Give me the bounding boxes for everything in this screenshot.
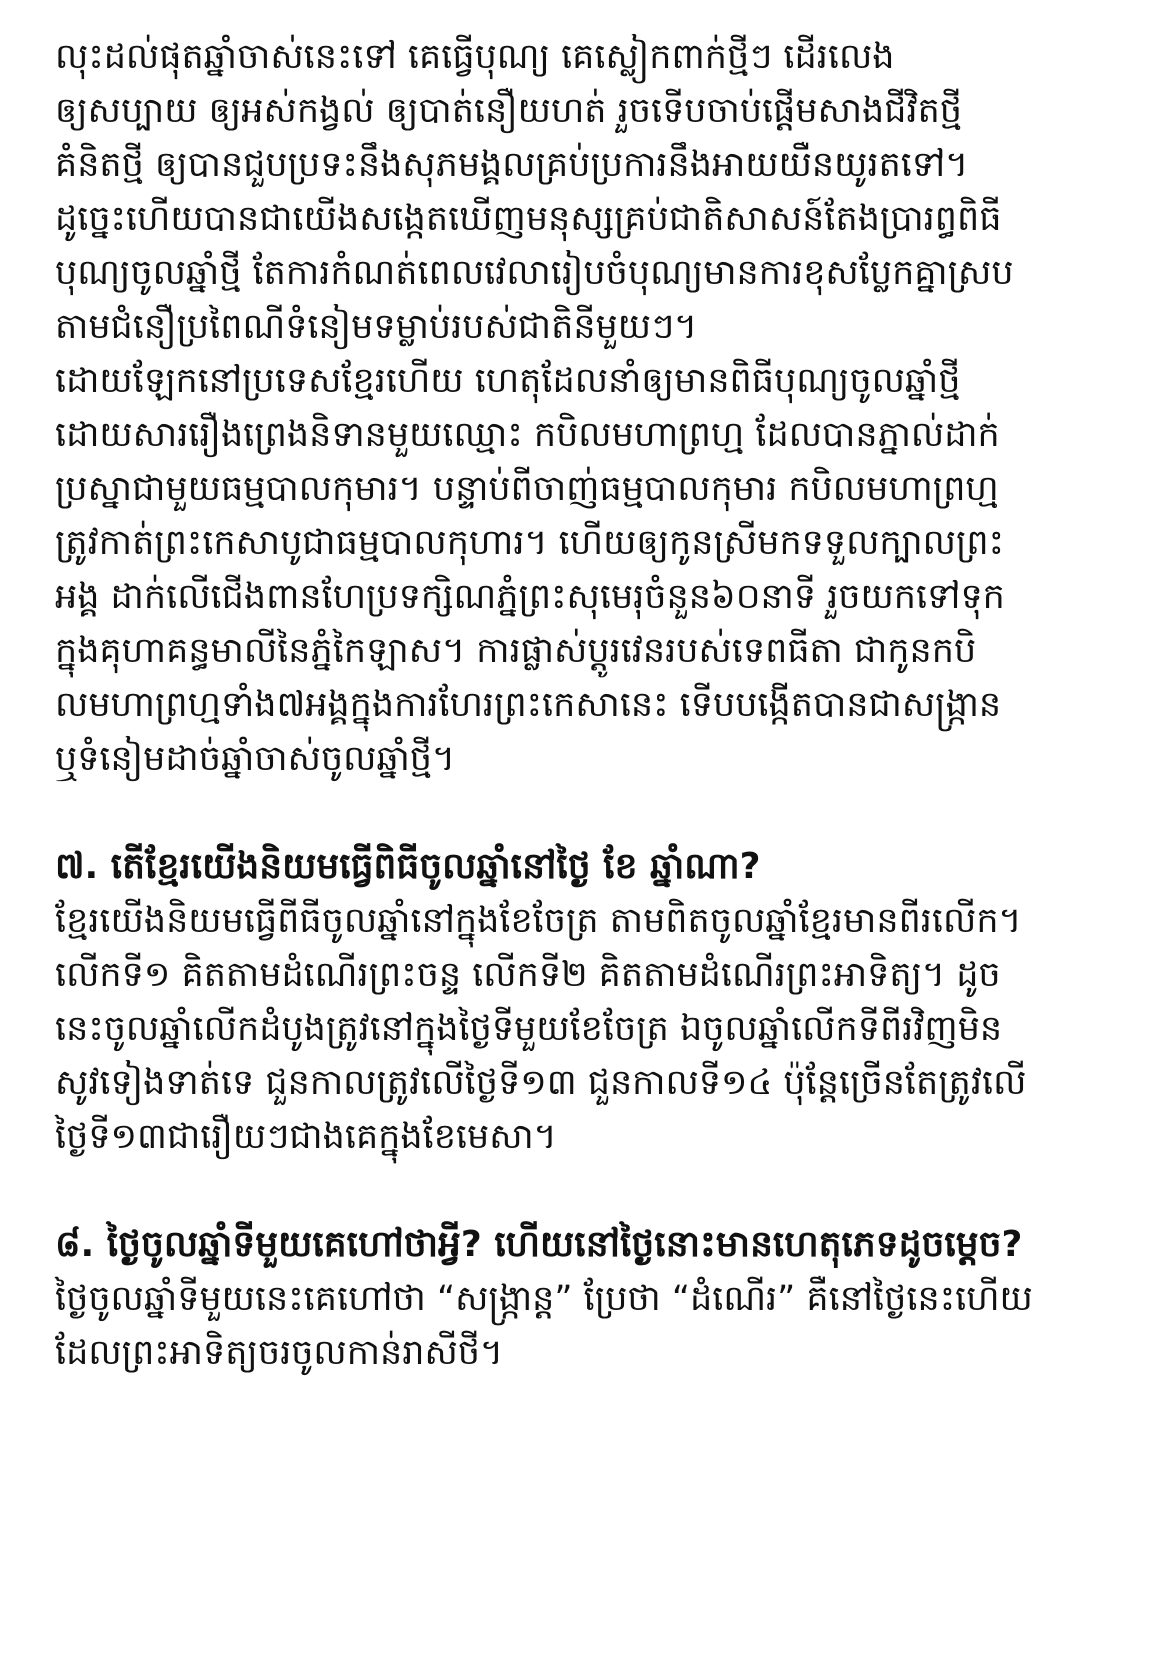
text-line: ខ្មែរយើងនិយមធ្វើពីធីចូលឆ្នាំនៅក្នុងខែចែត… xyxy=(55,894,1126,948)
question-7-heading: ៧. តើខ្មែរយើងនិយមធ្វើពិធីចូលឆ្នាំនៅថ្ងៃ … xyxy=(55,840,1126,894)
document-page: លុះដល់ផុតឆ្នាំចាស់នេះទៅ គេធ្វើបុណ្យ គេស្… xyxy=(0,0,1166,1380)
text-line: អង្គ ដាក់លើជើងពានហែប្រទក្សិណភ្នំព្រះសុមេ… xyxy=(55,570,1126,624)
text-line: លុះដល់ផុតឆ្នាំចាស់នេះទៅ គេធ្វើបុណ្យ គេស្… xyxy=(55,30,1126,84)
question-8-section: ៨. ថ្ងៃចូលឆ្នាំទីមួយគេហៅថាអ្វី? ហើយនៅថ្ង… xyxy=(55,1218,1126,1380)
text-line: ថ្ងៃចូលឆ្នាំទីមួយនេះគេហៅថា “សង្ក្រាន្ត” … xyxy=(55,1272,1126,1326)
text-line: នេះចូលឆ្នាំលើកដំបូងត្រូវនៅក្នុងថ្ងៃទីមួយ… xyxy=(55,1002,1126,1056)
text-line: ឲ្យសប្បាយ ឲ្យអស់កង្វល់ ឲ្យបាត់នឿយហត់ រួច… xyxy=(55,84,1126,138)
text-line: ដូច្នេះហើយបានជាយើងសង្កេតឃើញមនុស្សគ្រប់ជា… xyxy=(55,192,1126,246)
question-8-heading: ៨. ថ្ងៃចូលឆ្នាំទីមួយគេហៅថាអ្វី? ហើយនៅថ្ង… xyxy=(55,1218,1126,1272)
text-line: លមហាព្រហ្មទាំង៧អង្គក្នុងការហែរព្រះកេសានេ… xyxy=(55,678,1126,732)
text-line: ដែលព្រះអាទិត្យចរចូលកាន់រាសីថី។ xyxy=(55,1326,1126,1380)
text-line: បុណ្យចូលឆ្នាំថ្មី តែការកំណត់ពេលវេលារៀបចំ… xyxy=(55,246,1126,300)
section-spacer xyxy=(55,786,1126,840)
text-line: ក្នុងគុហាគន្ធមាលីនៃភ្នំកៃឡាស។ ការផ្លាស់ប… xyxy=(55,624,1126,678)
intro-section: លុះដល់ផុតឆ្នាំចាស់នេះទៅ គេធ្វើបុណ្យ គេស្… xyxy=(55,30,1126,786)
intro-paragraph-1: លុះដល់ផុតឆ្នាំចាស់នេះទៅ គេធ្វើបុណ្យ គេស្… xyxy=(55,30,1126,354)
section-spacer xyxy=(55,1164,1126,1218)
text-line: លើកទី១ គិតតាមដំណើរព្រះចន្ទ លើកទី២ គិតតាម… xyxy=(55,948,1126,1002)
text-line: ថ្ងៃទី១៣ជារឿយៗជាងគេក្នុងខែមេសា។ xyxy=(55,1110,1126,1164)
text-line: គំនិតថ្មី ឲ្យបានជួបប្រទះនឹងសុភមង្គលគ្រប់… xyxy=(55,138,1126,192)
text-line: ដោយសាររឿងព្រេងនិទានមួយឈ្មោះ កបិលមហាព្រហ្… xyxy=(55,408,1126,462)
text-line: សូវទៀងទាត់ទេ ជួនកាលត្រូវលើថ្ងៃទី១៣ ជួនកា… xyxy=(55,1056,1126,1110)
text-line: ឬទំនៀមដាច់ឆ្នាំចាស់ចូលឆ្នាំថ្មី។ xyxy=(55,732,1126,786)
intro-paragraph-2: ដោយឡែកនៅប្រទេសខ្មែរហើយ ហេតុដែលនាំឲ្យមានព… xyxy=(55,354,1126,786)
text-line: តាមជំនឿប្រពៃណីទំនៀមទម្លាប់របស់ជាតិនីមួយៗ… xyxy=(55,300,1126,354)
answer-7-paragraph: ខ្មែរយើងនិយមធ្វើពីធីចូលឆ្នាំនៅក្នុងខែចែត… xyxy=(55,894,1126,1164)
text-line: ត្រូវកាត់ព្រះកេសាបូជាធម្មបាលកុហារ។ ហើយឲ្… xyxy=(55,516,1126,570)
question-7-section: ៧. តើខ្មែរយើងនិយមធ្វើពិធីចូលឆ្នាំនៅថ្ងៃ … xyxy=(55,840,1126,1164)
text-line: ដោយឡែកនៅប្រទេសខ្មែរហើយ ហេតុដែលនាំឲ្យមានព… xyxy=(55,354,1126,408)
answer-8-paragraph: ថ្ងៃចូលឆ្នាំទីមួយនេះគេហៅថា “សង្ក្រាន្ត” … xyxy=(55,1272,1126,1380)
text-line: ប្រស្នាជាមួយធម្មបាលកុមារ។ បន្ទាប់ពីចាញ់ធ… xyxy=(55,462,1126,516)
